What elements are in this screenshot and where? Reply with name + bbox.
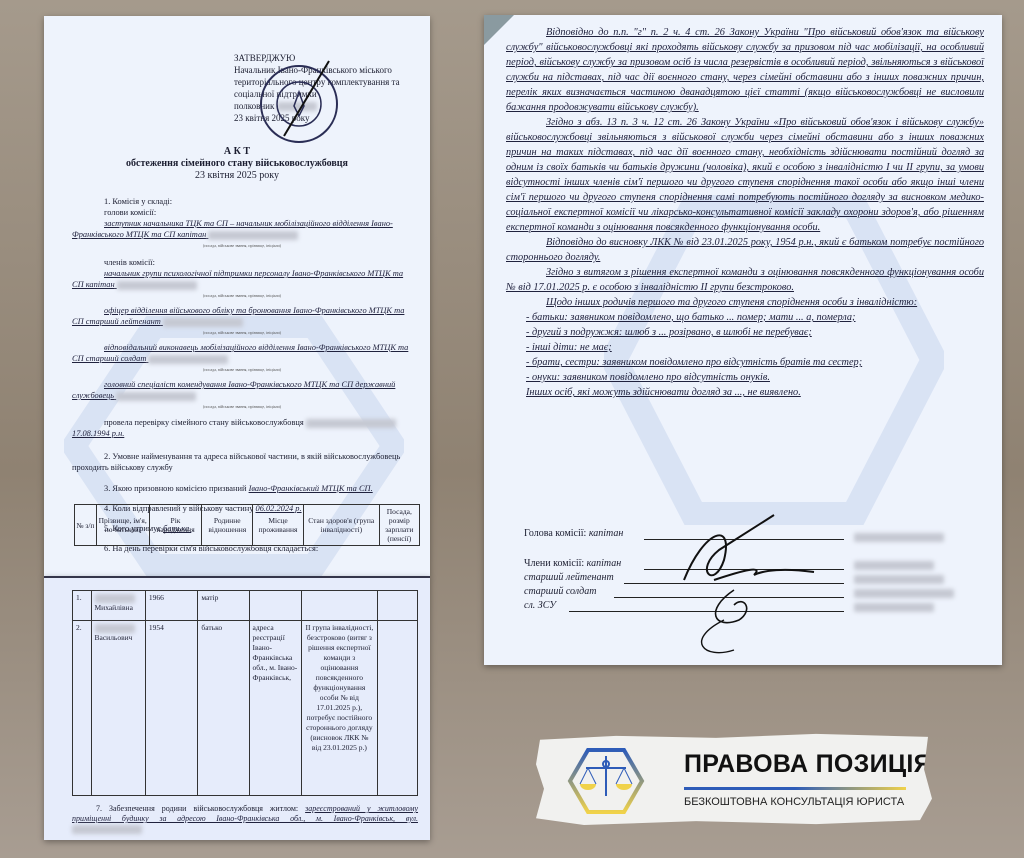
cell-relation: батько xyxy=(198,621,249,796)
paragraph: Згідно з абз. 13 п. 3 ч. 12 ст. 26 Закон… xyxy=(506,115,984,235)
page-subtitle: обстеження сімейного стану військовослуж… xyxy=(44,158,430,170)
list-item: - інші діти: не має; xyxy=(506,340,984,355)
cell-residence: адреса реєстрації Івано-Франківська обл.… xyxy=(249,621,302,796)
cell-salary xyxy=(377,621,417,796)
list-item: - онуки: заявником повідомлено про відсу… xyxy=(506,370,984,385)
birth-date: 17.08.1994 р.н. xyxy=(72,428,412,439)
chair-label: голови комісії: xyxy=(72,207,412,218)
act-page-1: ЗАТВЕРДЖУЮ Начальник Івано-Франківського… xyxy=(44,16,430,576)
paragraph: Відповідно до висновку ЛКК № від 23.01.2… xyxy=(506,235,984,265)
family-table-body: 1. Михайлівна 1966 матір 2. Васильович 1… xyxy=(72,590,418,796)
page-title: А К Т xyxy=(44,146,430,158)
item-2: 2. Умовне найменування та адреса військо… xyxy=(72,451,412,473)
column-header: Місце проживання xyxy=(253,505,304,546)
member-1: начальник групи психологічної підтримки … xyxy=(72,268,412,290)
brand-title: ПРАВОВА ПОЗИЦІЯ xyxy=(684,750,932,779)
paragraph: Щодо інших родичів першого та другого ст… xyxy=(506,295,984,310)
column-header: № з/п xyxy=(75,505,97,546)
cell-year: 1966 xyxy=(145,591,198,621)
item-3: 3. Якою призовною комісією призваний Іва… xyxy=(72,483,412,494)
caption: (посада, військове звання, прізвище, іні… xyxy=(72,240,412,251)
cell-year: 1954 xyxy=(145,621,198,796)
brand-banner: ПРАВОВА ПОЗИЦІЯ БЕЗКОШТОВНА КОНСУЛЬТАЦІЯ… xyxy=(536,730,936,828)
cell-health: II група інвалідності, безстроково (витя… xyxy=(302,621,378,796)
check-line: провела перевірку сімейного стану військ… xyxy=(72,417,412,428)
table-header-row: № з/п Прізвище, ім'я, по батькові Рік на… xyxy=(75,505,420,546)
cell-name: Васильович xyxy=(91,621,145,796)
official-stamp-icon xyxy=(254,56,344,146)
caption: (посада, військове звання, прізвище, іні… xyxy=(72,401,412,412)
act-body: 1. Комісія у складі: голови комісії: зас… xyxy=(72,196,412,554)
act-page-3: Відповідно до п.п. "г" п. 2 ч. 4 ст. 26 … xyxy=(484,15,1002,665)
cell-salary xyxy=(377,591,417,621)
list-item: - брати, сестри: заявником повідомлено п… xyxy=(506,355,984,370)
signature-scribble-icon xyxy=(664,510,834,660)
members-label: членів комісії: xyxy=(72,257,412,268)
column-header: Родинне відношення xyxy=(202,505,253,546)
table-row: 1. Михайлівна 1966 матір xyxy=(73,591,418,621)
brand-subtitle: БЕЗКОШТОВНА КОНСУЛЬТАЦІЯ ЮРИСТА xyxy=(684,796,904,808)
caption: (посада, військове звання, прізвище, іні… xyxy=(72,327,412,338)
cell-relation: матір xyxy=(198,591,249,621)
cell-no: 2. xyxy=(73,621,92,796)
cell-residence xyxy=(249,591,302,621)
column-header: Стан здоров'я (група інвалідності) xyxy=(303,505,379,546)
table-row: 2. Васильович 1954 батько адреса реєстра… xyxy=(73,621,418,796)
scales-of-justice-icon xyxy=(566,746,646,816)
brand-divider xyxy=(684,787,906,790)
item-1-label: 1. Комісія у складі: xyxy=(72,196,412,207)
column-header: Прізвище, ім'я, по батькові xyxy=(96,505,149,546)
cell-health xyxy=(302,591,378,621)
item-7: 7. Забезпечення родини військовослужбовц… xyxy=(72,804,418,834)
cell-name: Михайлівна xyxy=(91,591,145,621)
legal-text: Відповідно до п.п. "г" п. 2 ч. 4 ст. 26 … xyxy=(506,25,984,400)
list-item: - батьки: заявником повідомлено, що бать… xyxy=(506,310,984,325)
paragraph: Згідно з витягом з рішення експертної ко… xyxy=(506,265,984,295)
caption: (посада, військове звання, прізвище, іні… xyxy=(72,290,412,301)
member-4: головний спеціаліст комендування Івано-Ф… xyxy=(72,379,412,401)
column-header: Рік народження xyxy=(149,505,202,546)
column-header: Посада, розмір зарплати (пенсії) xyxy=(379,505,419,546)
caption: (посада, військове звання, прізвище, іні… xyxy=(72,364,412,375)
member-2: офіцер відділення військового обліку та … xyxy=(72,305,412,327)
family-table-header: № з/п Прізвище, ім'я, по батькові Рік на… xyxy=(74,504,420,546)
list-item: - другий з подружжя: шлюб з ... розірван… xyxy=(506,325,984,340)
act-heading: А К Т обстеження сімейного стану військо… xyxy=(44,146,430,182)
act-date: 23 квітня 2025 року xyxy=(44,170,430,182)
act-page-2: 1. Михайлівна 1966 матір 2. Васильович 1… xyxy=(44,576,430,840)
cell-no: 1. xyxy=(73,591,92,621)
chair-text: заступник начальника ТЦК та СП – начальн… xyxy=(72,218,412,240)
paragraph: Інших осіб, які можуть здійснювати догля… xyxy=(506,385,984,400)
member-3: відповідальний виконавець мобілізаційног… xyxy=(72,342,412,364)
paragraph: Відповідно до п.п. "г" п. 2 ч. 4 ст. 26 … xyxy=(506,25,984,115)
